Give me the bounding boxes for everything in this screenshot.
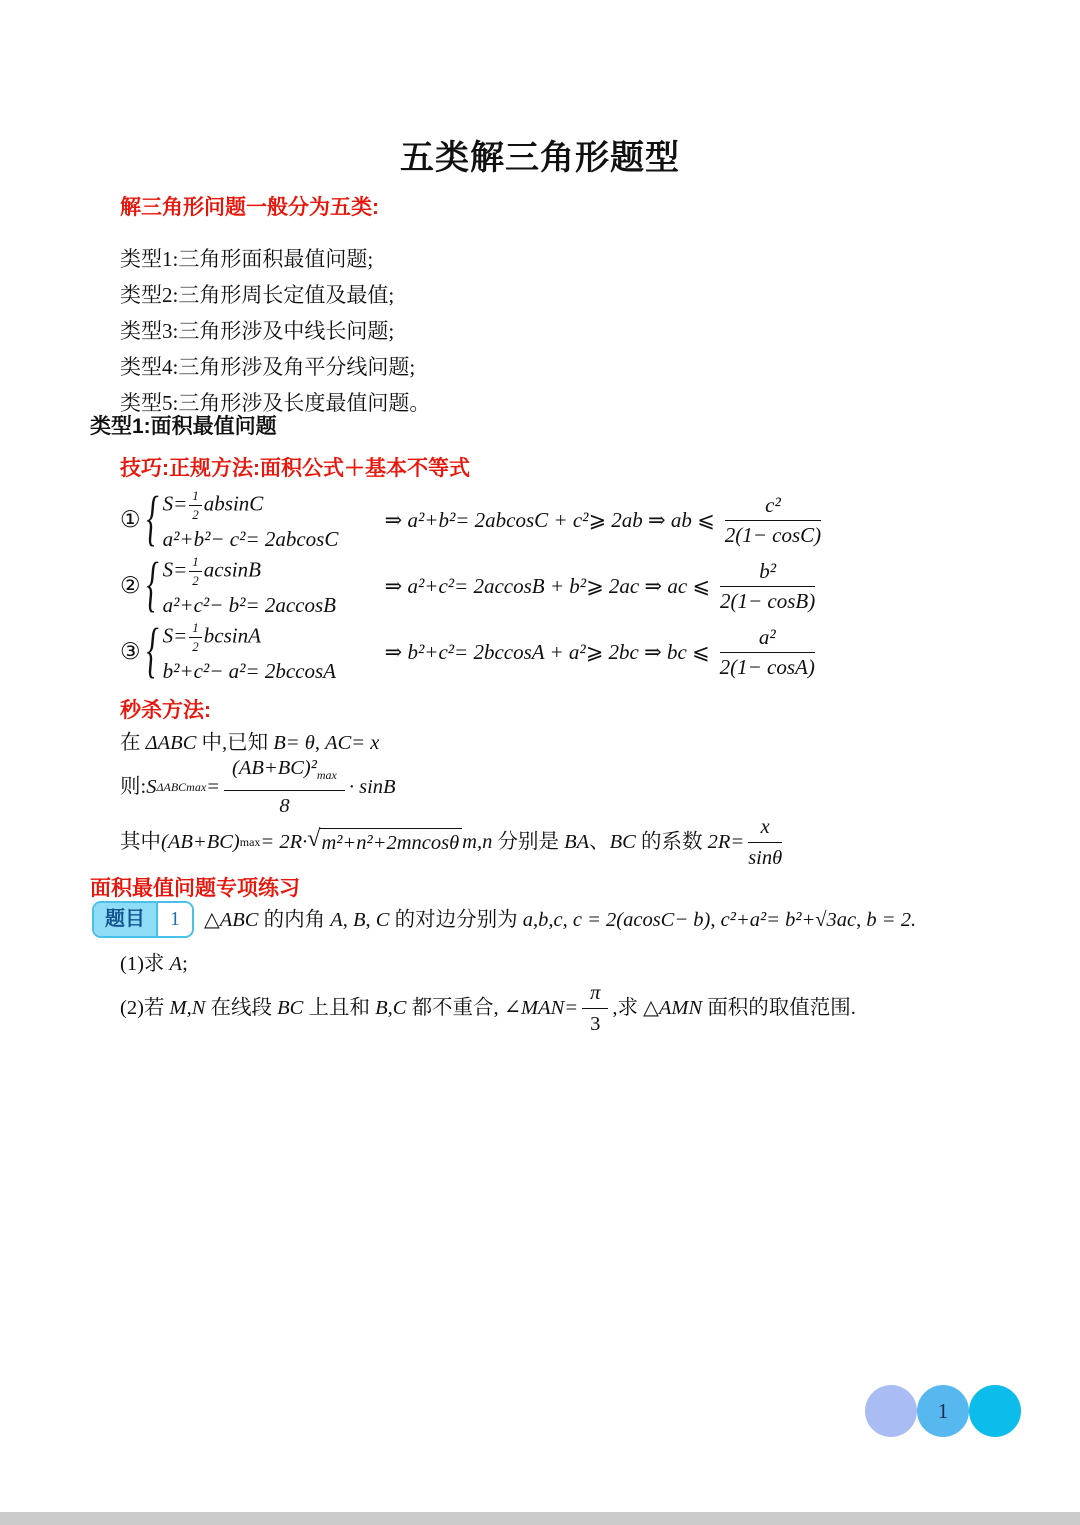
- formula-row-1: ① { S=12absinC a²+b²− c²= 2abcosC ⇒ a²+b…: [120, 488, 825, 552]
- type-list-item-4: 类型4:三角形涉及角平分线问题;: [120, 354, 415, 380]
- page-title: 五类解三角形题型: [0, 130, 1080, 179]
- implication-chain: ⇒ b²+c²= 2bccosA + a²⩾ 2bc ⇒ bc ⩽: [385, 640, 710, 665]
- section1-heading: 类型1:面积最值问题: [90, 414, 277, 440]
- badge-label: 题目: [94, 903, 156, 936]
- page-dot-right: [969, 1385, 1021, 1437]
- system-line-1: S=12bcsinA: [163, 620, 375, 655]
- pi-over-3-fraction: π 3: [582, 980, 608, 1037]
- problem-statement: △ABC 的内角 A, B, C 的对边分别为 a,b,c, c = 2(aco…: [204, 907, 916, 933]
- page-number: 1: [917, 1385, 969, 1437]
- section1-tip: 技巧:正规方法:面积公式＋基本不等式: [120, 456, 470, 482]
- equation-system: S=12absinC a²+b²− c²= 2abcosC: [163, 488, 375, 552]
- intro-heading: 解三角形问题一般分为五类:: [120, 195, 379, 221]
- result-fraction: b² 2(1− cosB): [720, 559, 815, 614]
- system-brace: {: [147, 617, 159, 687]
- type-list-item-3: 类型3:三角形涉及中线长问题;: [120, 318, 394, 344]
- one-half-fraction: 12: [189, 488, 202, 523]
- radical-sign: √: [307, 828, 320, 850]
- formula-row-2: ② { S=12acsinB a²+c²− b²= 2accosB ⇒ a²+c…: [120, 554, 819, 618]
- system-line-2: a²+c²− b²= 2accosB: [163, 593, 375, 618]
- implication-chain: ⇒ a²+c²= 2accosB + b²⩾ 2ac ⇒ ac ⩽: [385, 574, 710, 599]
- result-fraction: a² 2(1− cosA): [720, 625, 815, 680]
- problem-badge: 题目 1: [92, 901, 194, 938]
- circled-number-1: ①: [120, 507, 141, 533]
- kill-method-heading: 秒杀方法:: [120, 698, 211, 724]
- kill-method-result: 则: SΔABCmax = (AB+BC)²max 8 · sinB: [120, 760, 396, 814]
- type-list-item-5: 类型5:三角形涉及长度最值问题。: [120, 390, 430, 416]
- kill-method-note: 其中 (AB+BC)max = 2R· √m²+n²+2mncosθ m,n 分…: [120, 818, 786, 866]
- then-label: 则:: [120, 774, 146, 800]
- problem-row: 题目 1 △ABC 的内角 A, B, C 的对边分别为 a,b,c, c = …: [92, 901, 992, 938]
- system-line-1: S=12absinC: [163, 488, 375, 523]
- system-brace: {: [147, 551, 159, 621]
- result-fraction: c² 2(1− cosC): [725, 493, 821, 548]
- equation-system: S=12acsinB a²+c²− b²= 2accosB: [163, 554, 375, 618]
- practice-heading: 面积最值问题专项练习: [90, 876, 300, 902]
- page-dot-left: [865, 1385, 917, 1437]
- square-root: √m²+n²+2mncosθ: [307, 828, 462, 856]
- footer-bar: [0, 1512, 1080, 1525]
- formula-row-3: ③ { S=12bcsinA b²+c²− a²= 2bccosA ⇒ b²+c…: [120, 620, 819, 684]
- one-half-fraction: 12: [189, 554, 202, 589]
- s-max-fraction: (AB+BC)²max 8: [224, 755, 345, 819]
- type-list-item-1: 类型1:三角形面积最值问题;: [120, 246, 373, 272]
- system-brace: {: [147, 485, 159, 555]
- system-line-1: S=12acsinB: [163, 554, 375, 589]
- kill-method-setup: 在 ΔABC 中,已知 B= θ, AC= x: [120, 730, 379, 756]
- circled-number-2: ②: [120, 573, 141, 599]
- system-line-2: a²+b²− c²= 2abcosC: [163, 527, 375, 552]
- question-2: (2)若 M,N 在线段 BC 上且和 B,C 都不重合, ∠MAN= π 3 …: [120, 982, 856, 1034]
- document-page: 五类解三角形题型 解三角形问题一般分为五类: 类型1:三角形面积最值问题; 类型…: [0, 0, 1080, 1525]
- implication-chain: ⇒ a²+b²= 2abcosC + c²⩾ 2ab ⇒ ab ⩽: [385, 508, 715, 533]
- equation-system: S=12bcsinA b²+c²− a²= 2bccosA: [163, 620, 375, 684]
- type-list-item-2: 类型2:三角形周长定值及最值;: [120, 282, 394, 308]
- system-line-2: b²+c²− a²= 2bccosA: [163, 659, 375, 684]
- one-half-fraction: 12: [189, 620, 202, 655]
- badge-number: 1: [156, 903, 192, 936]
- page-number-circle: 1: [917, 1385, 969, 1437]
- two-r-fraction: x sinθ: [748, 814, 782, 871]
- circled-number-3: ③: [120, 639, 141, 665]
- question-1: (1)求 A;: [120, 951, 188, 977]
